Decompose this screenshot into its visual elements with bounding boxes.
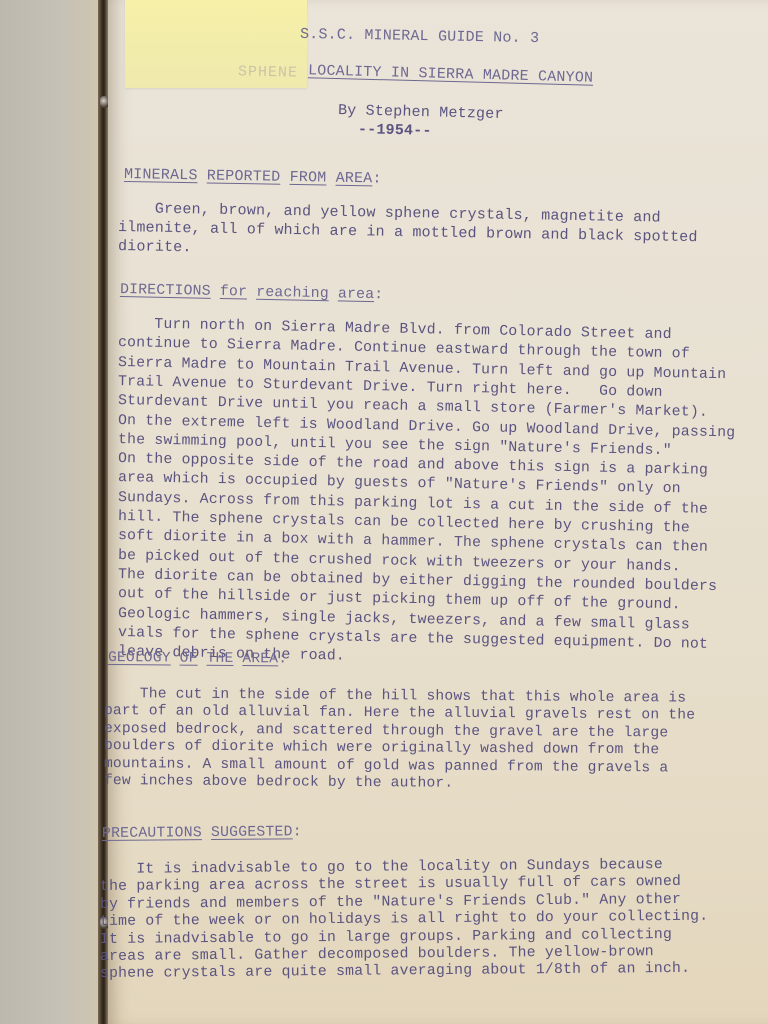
facing-page: [0, 0, 100, 1024]
heading-word: DIRECTIONS: [120, 282, 211, 300]
heading-word: :: [372, 170, 381, 187]
geology-text-line: few inches above bedrock by the author.: [104, 773, 453, 792]
heading-word: for: [220, 284, 248, 301]
heading-word: MINERALS: [124, 166, 198, 184]
heading-word: reaching: [256, 285, 329, 302]
heading-word: :: [278, 651, 287, 667]
heading-word: REPORTED: [207, 167, 281, 185]
heading-word: GEOLOGY: [108, 650, 171, 666]
heading-word: :: [374, 287, 383, 303]
heading-word: PRECAUTIONS: [102, 825, 202, 842]
heading-word: OF: [180, 651, 198, 667]
geology-heading: GEOLOGY OF THE AREA:: [108, 650, 287, 667]
heading-word: THE: [207, 651, 234, 667]
heading-word: FROM: [289, 169, 326, 187]
heading-word: area: [338, 286, 375, 303]
document-year: --1954--: [358, 121, 432, 140]
obscured-title-word: SPHENE: [238, 63, 298, 81]
heading-word: AREA: [242, 651, 278, 667]
heading-word: AREA: [335, 170, 372, 188]
minerals-text-line: diorite.: [118, 238, 192, 256]
heading-word: :: [293, 824, 302, 840]
precautions-heading: PRECAUTIONS SUGGESTED:: [102, 824, 302, 842]
heading-word: SUGGESTED: [211, 824, 293, 841]
